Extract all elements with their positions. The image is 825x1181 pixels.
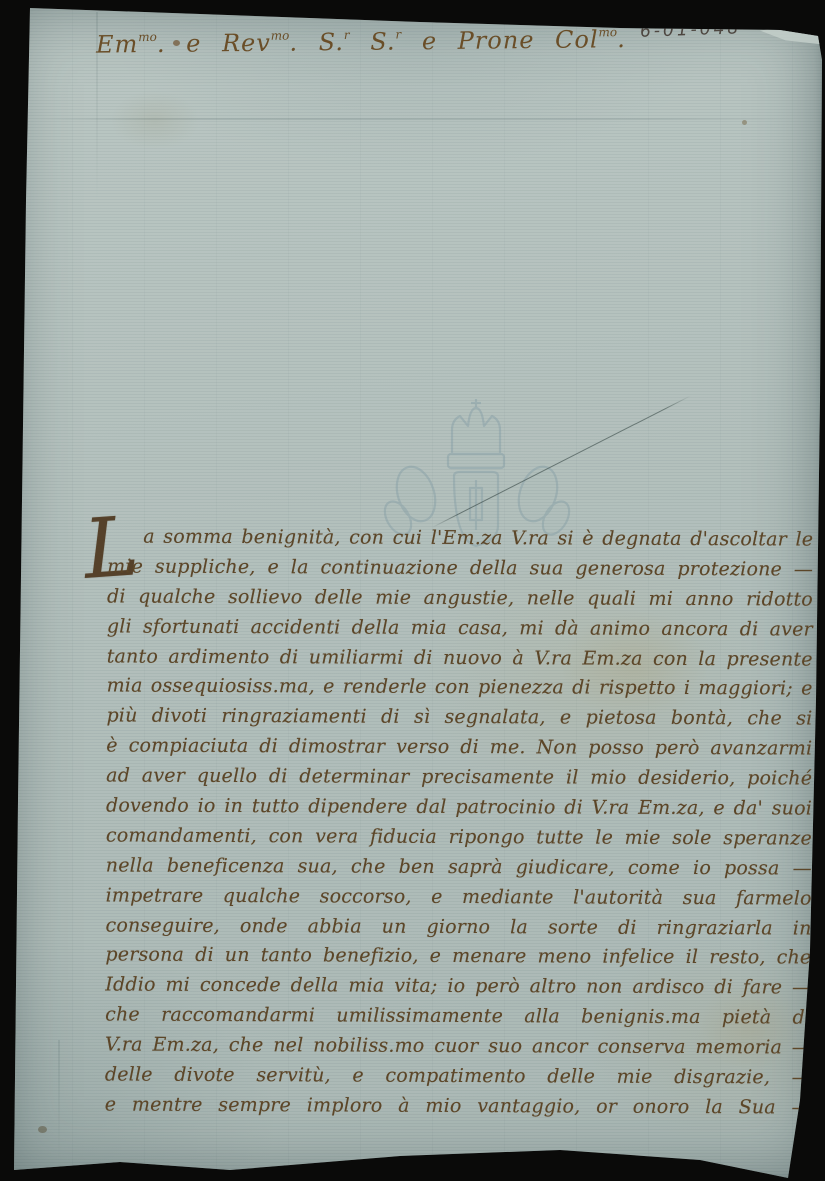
manuscript-line: V.ra Em.za, che nel nobiliss.mo cuor suo… [105, 1031, 811, 1064]
manuscript-line: e mentre sempre imploro à mio vantaggio,… [105, 1090, 811, 1123]
torn-edge-highlight [760, 18, 824, 46]
manuscript-line: delle divote servitù, e compatimento del… [105, 1060, 811, 1093]
salutation-superscript: mo [271, 29, 290, 43]
vertical-crease [58, 1040, 60, 1160]
manuscript-line: conseguire, onde abbia un giorno la sort… [105, 911, 811, 944]
manuscript-line: comandamenti, con vera fiducia ripongo t… [106, 821, 812, 854]
manuscript-line: nella beneficenza sua, che ben saprà giu… [106, 851, 812, 884]
manuscript-line: a somma benignità, con cui l'Em.za V.ra … [107, 522, 813, 555]
manuscript-page: 6-01-048 Emmo. e Revmo. S.r S.r e Prone … [0, 0, 825, 1181]
ink-speck [38, 1126, 47, 1133]
salutation-line: Emmo. e Revmo. S.r S.r e Prone Colmo. [96, 25, 596, 58]
photograph-background: 6-01-048 Emmo. e Revmo. S.r S.r e Prone … [0, 0, 825, 1181]
salutation-part: . [617, 25, 626, 53]
salutation-part: S. [350, 27, 396, 55]
archive-reference: 6-01-048 [640, 18, 742, 42]
manuscript-line: mie suppliche, e la continuazione della … [107, 552, 813, 585]
manuscript-line: impetrare qualche soccorso, e mediante l… [106, 881, 812, 914]
salutation-superscript: mo [138, 30, 157, 44]
salutation-superscript: mo [598, 25, 617, 39]
manuscript-line: che raccomandarmi umilissimamente alla b… [105, 1001, 811, 1034]
salutation-part: . S. [289, 28, 344, 57]
salutation-part: Em [96, 30, 139, 58]
manuscript-line: tanto ardimento di umiliarmi di nuovo à … [107, 642, 813, 675]
manuscript-line: gli sfortunati accidenti della mia casa,… [107, 612, 813, 645]
ink-speck [742, 120, 747, 125]
salutation-part: . e Rev [157, 29, 271, 58]
stain [110, 90, 200, 150]
manuscript-line: mia ossequiosiss.ma, e renderle con pien… [107, 672, 813, 705]
letter-body: a somma benignità, con cui l'Em.za V.ra … [105, 522, 814, 1123]
manuscript-line: è compiaciuta di dimostrar verso di me. … [106, 732, 812, 765]
manuscript-line: Iddio mi concede della mia vita; io però… [105, 971, 811, 1004]
manuscript-line: dovendo io in tutto dipendere dal patroc… [106, 791, 812, 824]
manuscript-line: più divoti ringraziamenti di sì segnalat… [106, 702, 812, 735]
manuscript-line: ad aver quello di determinar precisament… [106, 762, 812, 795]
manuscript-line: persona di un tanto benefizio, e menare … [105, 941, 811, 974]
manuscript-line: di qualche sollievo delle mie angustie, … [107, 582, 813, 615]
salutation-part: e Prone Col [401, 25, 599, 55]
